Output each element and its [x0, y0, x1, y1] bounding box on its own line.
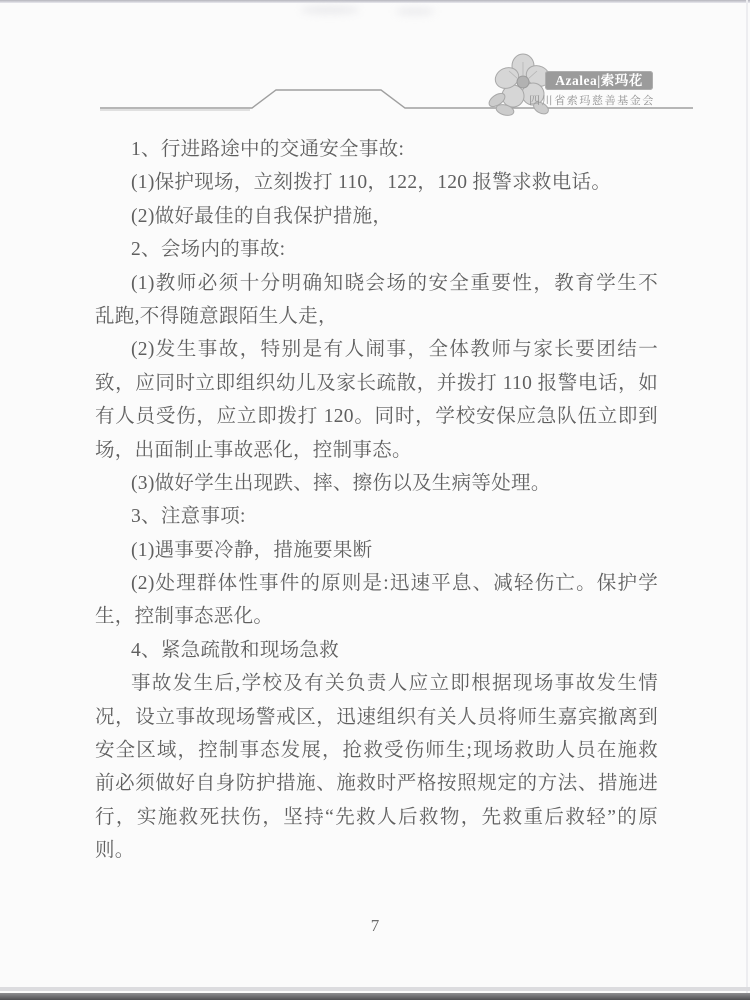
document-body: 1、行进路途中的交通安全事故:(1)保护现场，立刻拨打 110，122，120 … [95, 133, 658, 868]
scan-smudge [395, 8, 435, 15]
text-line: (1)教师必须十分明确知晓会场的安全重要性，教育学生不 [95, 267, 658, 300]
text-line: 事故发生后,学校及有关负责人应立即根据现场事故发生情 [95, 667, 658, 700]
scan-edge-bottom-light [0, 987, 750, 991]
text-line: 行，实施救死扶伤，坚持“先救人后救物，先救重后救轻”的原 [95, 801, 658, 834]
text-line: 3、注意事项: [95, 500, 658, 533]
text-line: (3)做好学生出现跌、摔、擦伤以及生病等处理。 [95, 467, 658, 500]
text-line: (2)发生事故，特别是有人闹事，全体教师与家长要团结一 [95, 333, 658, 366]
text-line: (2)处理群体性事件的原则是:迅速平息、减轻伤亡。保护学 [95, 567, 658, 600]
foundation-name: 四川省索玛慈善基金会 [529, 92, 655, 108]
scan-edge-right [746, 0, 748, 1000]
text-line: (1)保护现场，立刻拨打 110，122，120 报警求救电话。 [95, 166, 658, 199]
text-line: 况，设立事故现场警戒区，迅速组织有关人员将师生嘉宾撤离到 [95, 701, 658, 734]
page-number: 7 [0, 916, 750, 936]
text-line: 1、行进路途中的交通安全事故: [95, 133, 658, 166]
header-rule [0, 0, 750, 130]
text-line: 前必须做好自身防护措施、施救时严格按照规定的方法、措施进 [95, 767, 658, 800]
scan-smudge [300, 6, 360, 14]
text-line: (2)做好最佳的自我保护措施， [95, 200, 658, 233]
text-line: 4、紧急疏散和现场急救 [95, 634, 658, 667]
text-line: 场，出面制止事故恶化，控制事态。 [95, 434, 658, 467]
text-line: 则。 [95, 834, 658, 867]
text-line: 有人员受伤，应立即拨打 120。同时，学校安保应急队伍立即到 [95, 400, 658, 433]
text-line: (1)遇事要冷静，措施要果断 [95, 534, 658, 567]
scan-edge-bottom-dark [0, 993, 750, 1000]
text-line: 生，控制事态恶化。 [95, 600, 658, 633]
text-line: 致，应同时立即组织幼儿及家长疏散，并拨打 110 报警电话，如 [95, 367, 658, 400]
foundation-badge: Azalea|索玛花 [545, 71, 653, 90]
text-line: 安全区域，控制事态发展，抢救受伤师生;现场救助人员在施救 [95, 734, 658, 767]
text-line: 2、会场内的事故: [95, 233, 658, 266]
text-line: 乱跑,不得随意跟陌生人走， [95, 300, 658, 333]
scan-edge-top [0, 0, 750, 3]
